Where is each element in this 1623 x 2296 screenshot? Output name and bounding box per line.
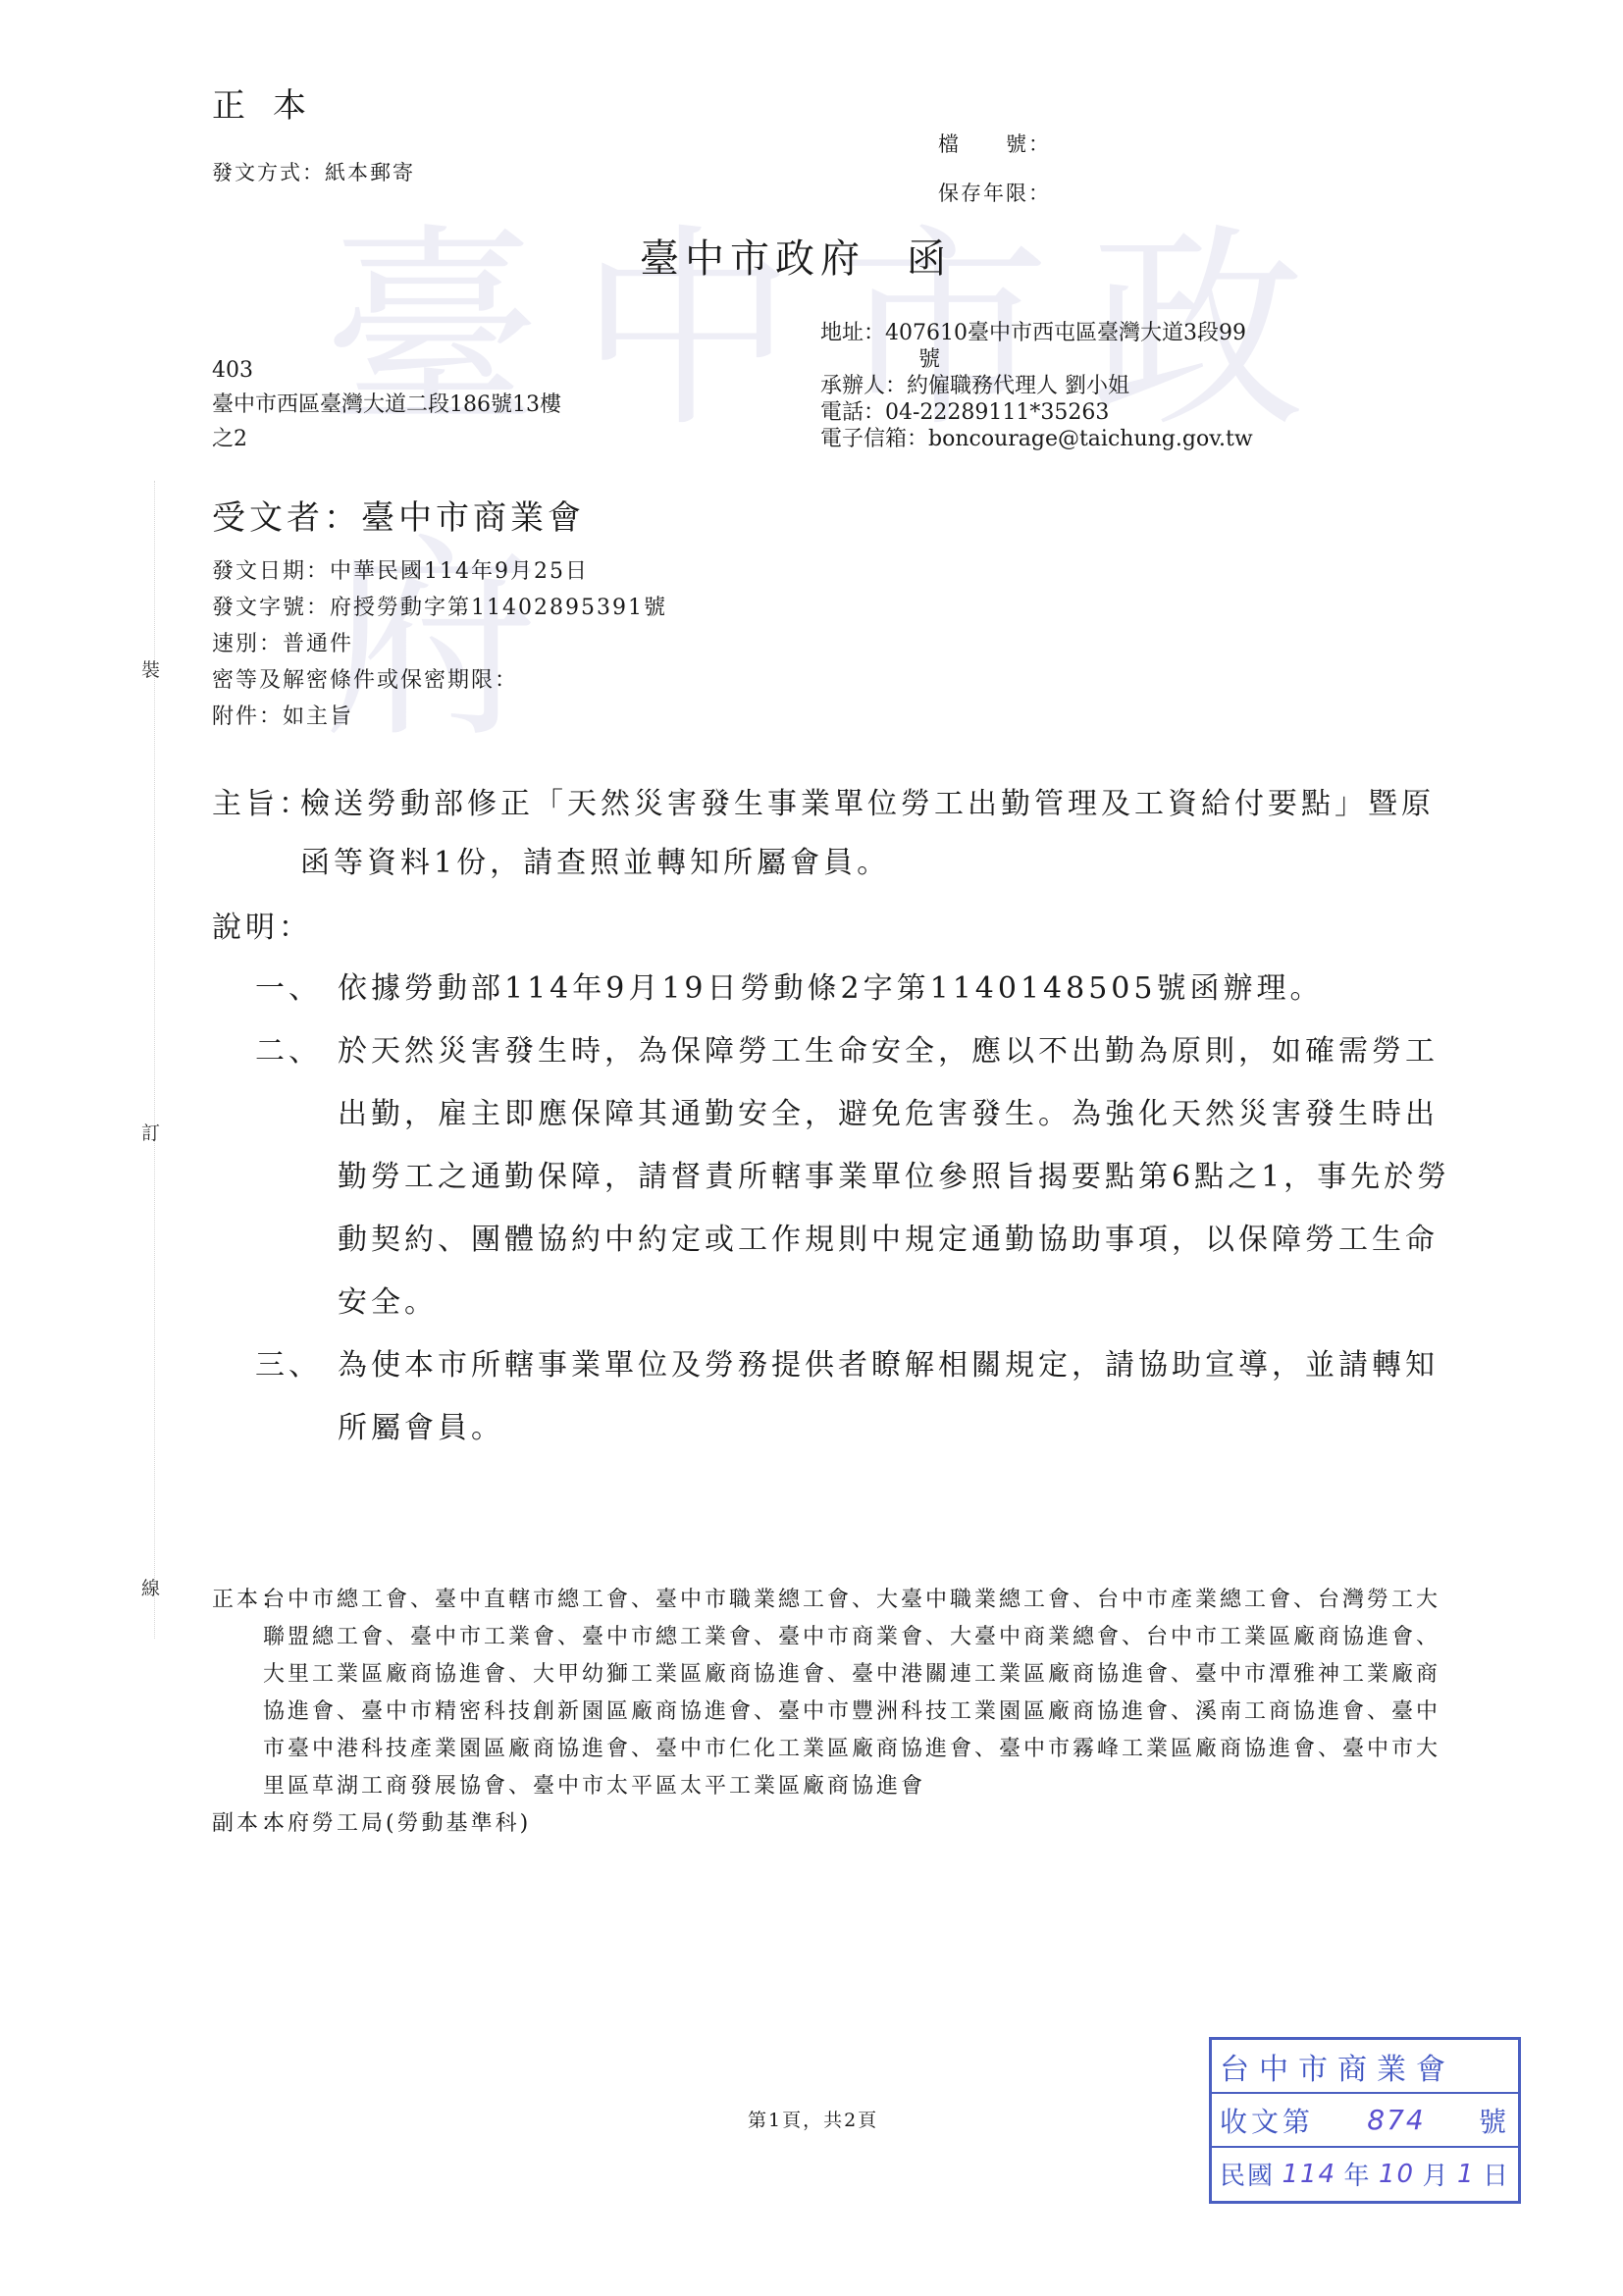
attachment: 附件：如主旨 xyxy=(212,699,667,735)
era: 民國 xyxy=(1220,2156,1275,2192)
speed-class: 速別：普通件 xyxy=(212,626,667,662)
binding-mark-zhuang: 裝 xyxy=(141,655,160,682)
postal-code: 403 xyxy=(212,353,561,388)
receipt-suffix: 號 xyxy=(1479,2101,1510,2140)
stamp-date-row: 民國 114 年 10 月 1 日 xyxy=(1212,2148,1518,2200)
receipt-number: 874 xyxy=(1367,2104,1425,2136)
receipt-prefix: 收文第 xyxy=(1220,2101,1314,2140)
issuer-name: 臺中市政府 xyxy=(640,236,865,282)
item-number: 二、 xyxy=(255,1020,322,1083)
document-title: 臺中市政府函 xyxy=(640,228,952,284)
explanation-item: 一、 依據勞動部114年9月19日勞動條2字第1140148505號函辦理。 xyxy=(212,958,1456,1020)
send-method: 發文方式：紙本郵寄 xyxy=(212,157,415,186)
explanation-label: 說明： xyxy=(212,899,1458,958)
item-text: 於天然災害發生時，為保障勞工生命安全，應以不出勤為原則，如確需勞工出勤，雇主即應… xyxy=(338,1034,1450,1320)
copy-label: 副本： xyxy=(212,1805,286,1843)
document-meta: 發文日期：中華民國114年9月25日 發文字號：府授勞動字第1140289539… xyxy=(212,553,667,735)
document-number: 發文字號：府授勞動字第11402895391號 xyxy=(212,590,667,626)
explanation-item: 三、 為使本市所轄事業單位及勞務提供者瞭解相關規定，請協助宣導，並請轉知所屬會員… xyxy=(212,1334,1456,1460)
item-number: 三、 xyxy=(255,1334,322,1397)
month-label: 月 xyxy=(1423,2156,1450,2192)
original-label: 正本： xyxy=(212,1582,286,1619)
file-number-label: 檔 號： xyxy=(938,120,1051,169)
issue-date: 發文日期：中華民國114年9月25日 xyxy=(212,553,667,590)
confidentiality: 密等及解密條件或保密期限： xyxy=(212,662,667,699)
stamp-year: 114 xyxy=(1282,2160,1336,2189)
email: 電子信箱：boncourage@taichung.gov.tw xyxy=(820,426,1253,452)
original-recipients: 正本： 台中市總工會、臺中直轄市總工會、臺中市職業總工會、大臺中職業總工會、台中… xyxy=(212,1582,1460,1805)
phone: 電話：04-22289111*35263 xyxy=(820,399,1253,426)
handler: 承辦人：約僱職務代理人 劉小姐 xyxy=(820,373,1253,399)
recipient: 受文者：臺中市商業會 xyxy=(212,491,585,539)
address-line-1: 臺中市西區臺灣大道二段186號13樓 xyxy=(212,388,561,422)
sender-address: 地址：407610臺中市西屯區臺灣大道3段99 xyxy=(820,320,1253,346)
stamp-receipt-row: 收文第 874 號 xyxy=(1212,2094,1518,2148)
item-text: 為使本市所轄事業單位及勞務提供者瞭解相關規定，請協助宣導，並請轉知所屬會員。 xyxy=(338,1348,1439,1445)
binding-mark-ding: 訂 xyxy=(141,1119,160,1145)
copy-type-label: 正本 xyxy=(212,78,334,127)
binding-mark-xian: 線 xyxy=(141,1574,160,1600)
subject: 主旨： 檢送勞動部修正「天然災害發生事業單位勞工出勤管理及工資給付要點」暨原函等… xyxy=(212,775,1458,893)
explanation-item: 二、 於天然災害發生時，為保障勞工生命安全，應以不出勤為原則，如確需勞工出勤，雇… xyxy=(212,1020,1456,1334)
copy-list: 本府勞工局(勞動基準科) xyxy=(263,1811,531,1836)
document-kind: 函 xyxy=(907,236,952,282)
item-number: 一、 xyxy=(255,958,322,1020)
stamp-month: 10 xyxy=(1379,2160,1415,2189)
page-number: 第1頁，共2頁 xyxy=(748,2106,878,2132)
stamp-day: 1 xyxy=(1457,2160,1476,2189)
original-list: 台中市總工會、臺中直轄市總工會、臺中市職業總工會、大臺中職業總工會、台中市產業總… xyxy=(263,1588,1440,1799)
binding-line xyxy=(154,481,155,1639)
file-meta: 檔 號： 保存年限： xyxy=(938,120,1051,218)
item-text: 依據勞動部114年9月19日勞動條2字第1140148505號函辦理。 xyxy=(338,971,1323,1006)
sender-address-cont: 號 xyxy=(820,346,1253,373)
year-label: 年 xyxy=(1344,2156,1372,2192)
stamp-org: 台中市商業會 xyxy=(1212,2040,1518,2094)
sender-info: 地址：407610臺中市西屯區臺灣大道3段99 號 承辦人：約僱職務代理人 劉小… xyxy=(820,320,1253,452)
distribution: 正本： 台中市總工會、臺中直轄市總工會、臺中市職業總工會、大臺中職業總工會、台中… xyxy=(212,1582,1458,1843)
address-line-2: 之2 xyxy=(212,422,561,456)
copy-recipients: 副本： 本府勞工局(勞動基準科) xyxy=(212,1805,1460,1843)
document-body: 主旨： 檢送勞動部修正「天然災害發生事業單位勞工出勤管理及工資給付要點」暨原函等… xyxy=(212,775,1458,1460)
day-label: 日 xyxy=(1483,2156,1510,2192)
retention-label: 保存年限： xyxy=(938,169,1051,218)
recipient-address: 403 臺中市西區臺灣大道二段186號13樓 之2 xyxy=(212,353,561,456)
subject-label: 主旨： xyxy=(212,775,312,834)
receipt-stamp: 台中市商業會 收文第 874 號 民國 114 年 10 月 1 日 xyxy=(1209,2037,1521,2204)
subject-text: 檢送勞動部修正「天然災害發生事業單位勞工出勤管理及工資給付要點」暨原函等資料1份… xyxy=(300,787,1435,880)
